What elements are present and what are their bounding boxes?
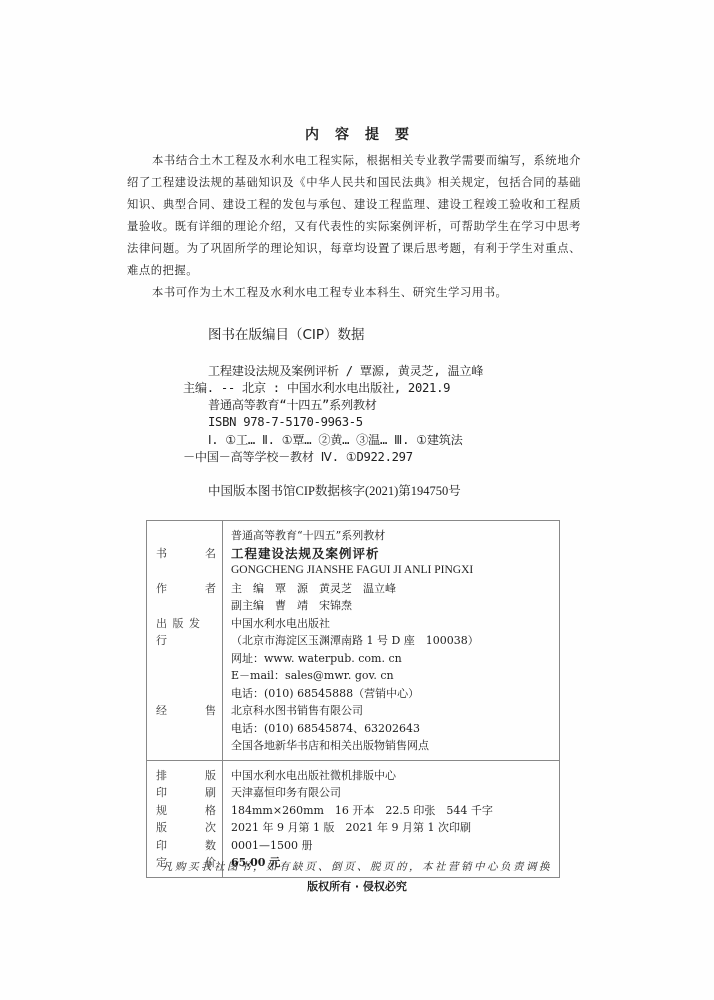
print-run-value: 0001—1500 册 bbox=[231, 837, 559, 855]
publication-info-table: 书名 作者 出 版 发 行 经售 普通高等教育“十四五”系列教材 工程建设法规及… bbox=[146, 520, 560, 878]
cip-record-number: 中国版本图书馆CIP数据核字(2021)第194750号 bbox=[208, 481, 461, 499]
cip-series-line: 普通高等教育“十四五”系列教材 bbox=[208, 397, 377, 414]
publisher-email: E－mail：sales@mwr. gov. cn bbox=[231, 667, 559, 685]
publisher-website: 网址：www. waterpub. com. cn bbox=[231, 650, 559, 668]
publisher-phone: 电话：(010) 68545888（营销中心） bbox=[231, 685, 559, 703]
label-row bbox=[156, 720, 216, 738]
chief-editors: 主 编 覃 源 黄灵芝 温立峰 bbox=[231, 580, 559, 598]
cip-title-line: 工程建设法规及案例评析 / 覃源, 黄灵芝, 温立峰 bbox=[208, 363, 483, 380]
value-column: 普通高等教育“十四五”系列教材 工程建设法规及案例评析 GONGCHENG JI… bbox=[223, 521, 560, 761]
series-name: 普通高等教育“十四五”系列教材 bbox=[231, 527, 559, 545]
book-title: 工程建设法规及案例评析 bbox=[231, 545, 559, 563]
label-row bbox=[156, 667, 216, 685]
label-typesetting: 排版 bbox=[156, 767, 216, 785]
distributor-name: 北京科水图书销售有限公司 bbox=[231, 702, 559, 720]
label-row bbox=[156, 527, 216, 545]
label-row bbox=[156, 685, 216, 703]
cip-class-line: Ⅰ. ①工… Ⅱ. ①覃… ②黄… ③温… Ⅲ. ①建筑法 bbox=[208, 432, 463, 449]
copyright-notice: 版权所有 · 侵权必究 bbox=[0, 878, 714, 894]
label-row bbox=[156, 562, 216, 580]
summary-body: 本书结合土木工程及水利水电工程实际，根据相关专业教学需要而编写，系统地介绍了工程… bbox=[127, 150, 581, 304]
cip-publisher-line: 主编. -- 北京 : 中国水利水电出版社, 2021.9 bbox=[183, 380, 450, 397]
label-author: 作者 bbox=[156, 580, 216, 598]
label-book-name: 书名 bbox=[156, 545, 216, 563]
label-row bbox=[156, 650, 216, 668]
cip-heading: 图书在版编目（CIP）数据 bbox=[208, 323, 365, 343]
summary-title: 内容提要 bbox=[0, 124, 714, 144]
label-publisher: 出 版 发 行 bbox=[156, 615, 216, 633]
summary-paragraph: 本书结合土木工程及水利水电工程实际，根据相关专业教学需要而编写，系统地介绍了工程… bbox=[127, 150, 581, 282]
label-edition: 版次 bbox=[156, 819, 216, 837]
book-title-pinyin: GONGCHENG JIANSHE FAGUI JI ANLI PINGXI bbox=[231, 562, 559, 580]
associate-editors: 副主编 曹 靖 宋锦焘 bbox=[231, 597, 559, 615]
label-row bbox=[156, 737, 216, 755]
distribution-outlets: 全国各地新华书店和相关出版物销售网点 bbox=[231, 737, 559, 755]
typesetting-value: 中国水利水电出版社微机排版中心 bbox=[231, 767, 559, 785]
printing-value: 天津嘉恒印务有限公司 bbox=[231, 784, 559, 802]
summary-paragraph: 本书可作为土木工程及水利水电工程专业本科生、研究生学习用书。 bbox=[127, 282, 581, 304]
label-specification: 规格 bbox=[156, 802, 216, 820]
cip-isbn-line: ISBN 978-7-5170-9963-5 bbox=[208, 414, 363, 431]
publisher-name: 中国水利水电出版社 bbox=[231, 615, 559, 633]
edition-value: 2021 年 9 月第 1 版 2021 年 9 月第 1 次印刷 bbox=[231, 819, 559, 837]
label-row bbox=[156, 597, 216, 615]
replacement-notice: 凡购买我社图书，如有缺页、倒页、脱页的，本社营销中心负责调换 bbox=[0, 859, 714, 874]
publisher-address: （北京市海淀区玉渊潭南路 1 号 D 座 100038） bbox=[231, 632, 559, 650]
label-printing: 印刷 bbox=[156, 784, 216, 802]
distributor-phone: 电话：(010) 68545874、63202643 bbox=[231, 720, 559, 738]
label-print-run: 印数 bbox=[156, 837, 216, 855]
label-distributor: 经售 bbox=[156, 702, 216, 720]
label-column: 书名 作者 出 版 发 行 经售 bbox=[147, 521, 223, 761]
specification-value: 184mm×260mm 16 开本 22.5 印张 544 千字 bbox=[231, 802, 559, 820]
cip-class-line: －中国－高等学校－教材 Ⅳ. ①D922.297 bbox=[183, 449, 413, 466]
